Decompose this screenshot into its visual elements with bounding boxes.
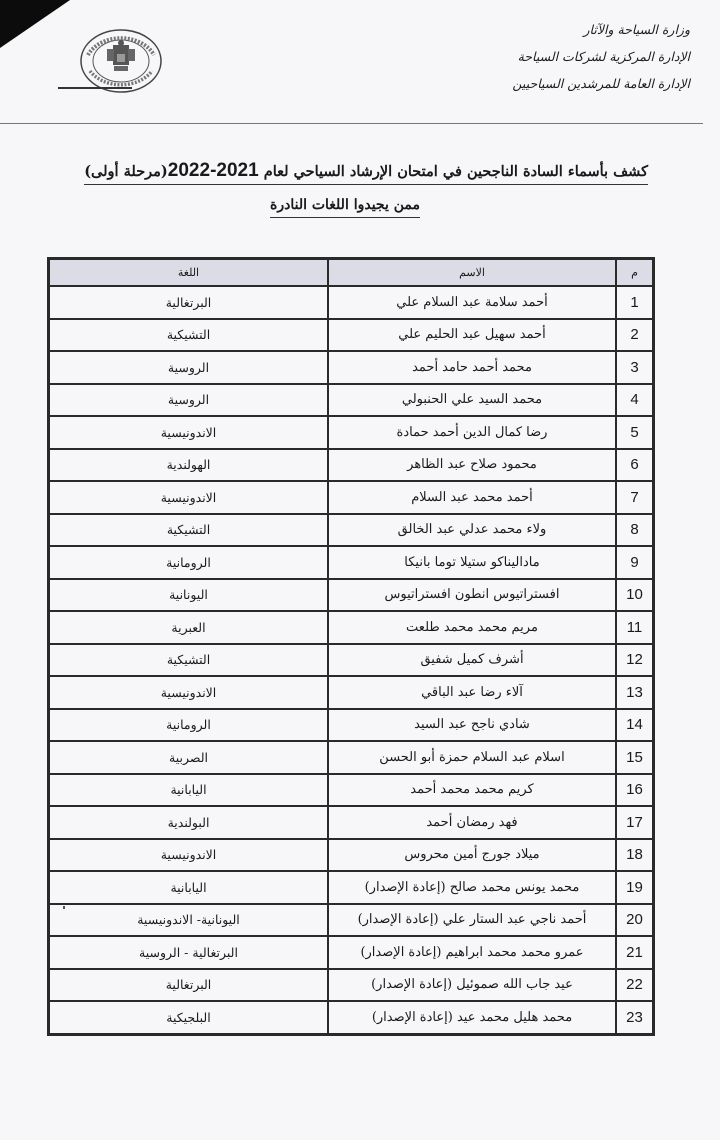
row-name: أحمد سلامة عبد السلام علي bbox=[328, 286, 616, 319]
row-language: العبرية bbox=[49, 611, 329, 644]
row-name: محمد هليل محمد عيد (إعادة الإصدار) bbox=[328, 1001, 616, 1034]
table-row: 14شادي ناجح عبد السيدالرومانية bbox=[49, 709, 654, 742]
row-name: محمد السيد علي الحنبولي bbox=[328, 384, 616, 417]
table-header-row: م الاسم اللغة bbox=[49, 259, 654, 287]
egypt-eagle-emblem-icon bbox=[78, 27, 164, 95]
table-row: 9ماداليناكو ستيلا توما بانيكاالرومانية bbox=[49, 546, 654, 579]
row-number: 5 bbox=[616, 416, 654, 449]
table-row: 20أحمد ناجي عبد الستار علي (إعادة الإصدا… bbox=[49, 904, 654, 937]
row-name: عيد جاب الله صموئيل (إعادة الإصدار) bbox=[328, 969, 616, 1002]
table-row: 3محمد أحمد حامد أحمدالروسية bbox=[49, 351, 654, 384]
row-number: 4 bbox=[616, 384, 654, 417]
row-language: الروسية bbox=[49, 384, 329, 417]
row-language: التشيكية bbox=[49, 514, 329, 547]
title-suffix: (مرحلة أولى) bbox=[84, 163, 168, 180]
row-number: 3 bbox=[616, 351, 654, 384]
table-row: 4محمد السيد علي الحنبوليالروسية bbox=[49, 384, 654, 417]
table-row: 13آلاء رضا عبد الباقيالاندونيسية bbox=[49, 676, 654, 709]
row-name: أحمد محمد عبد السلام bbox=[328, 481, 616, 514]
row-name: محمد أحمد حامد أحمد bbox=[328, 351, 616, 384]
document-title: كشف بأسماء السادة الناجحين في امتحان الإ… bbox=[84, 160, 648, 185]
row-language: الاندونيسية bbox=[49, 481, 329, 514]
row-number: 18 bbox=[616, 839, 654, 872]
row-language: الصربية bbox=[49, 741, 329, 774]
row-name: محمود صلاح عبد الظاهر bbox=[328, 449, 616, 482]
scan-speck bbox=[63, 906, 65, 909]
table-row: 19محمد يونس محمد صالح (إعادة الإصدار)الي… bbox=[49, 871, 654, 904]
row-language: البرتغالية - الروسية bbox=[49, 936, 329, 969]
row-number: 2 bbox=[616, 319, 654, 352]
table-row: 8ولاء محمد عدلي عبد الخالقالتشيكية bbox=[49, 514, 654, 547]
candidates-table: م الاسم اللغة 1أحمد سلامة عبد السلام علي… bbox=[47, 257, 655, 1036]
row-language: اليابانية bbox=[49, 871, 329, 904]
table-row: 12أشرف كميل شفيقالتشيكية bbox=[49, 644, 654, 677]
row-number: 19 bbox=[616, 871, 654, 904]
row-language: الاندونيسية bbox=[49, 416, 329, 449]
central-administration: الإدارة المركزية لشركات السياحة bbox=[430, 43, 690, 70]
row-number: 23 bbox=[616, 1001, 654, 1034]
row-name: شادي ناجح عبد السيد bbox=[328, 709, 616, 742]
header-number: م bbox=[616, 259, 654, 287]
row-language: الهولندية bbox=[49, 449, 329, 482]
table-row: 6محمود صلاح عبد الظاهرالهولندية bbox=[49, 449, 654, 482]
row-language: الرومانية bbox=[49, 709, 329, 742]
row-name: أحمد ناجي عبد الستار علي (إعادة الإصدار) bbox=[328, 904, 616, 937]
table-row: 11مريم محمد محمد طلعتالعبرية bbox=[49, 611, 654, 644]
row-number: 9 bbox=[616, 546, 654, 579]
header-divider bbox=[0, 123, 703, 124]
row-number: 11 bbox=[616, 611, 654, 644]
header-name: الاسم bbox=[328, 259, 616, 287]
row-name: افستراتيوس انطون افستراتيوس bbox=[328, 579, 616, 612]
row-language: البرتغالية bbox=[49, 286, 329, 319]
header-language: اللغة bbox=[49, 259, 329, 287]
table-row: 2أحمد سهيل عبد الحليم عليالتشيكية bbox=[49, 319, 654, 352]
row-name: رضا كمال الدين أحمد حمادة bbox=[328, 416, 616, 449]
row-language: البرتغالية bbox=[49, 969, 329, 1002]
row-language: اليونانية bbox=[49, 579, 329, 612]
row-name: ولاء محمد عدلي عبد الخالق bbox=[328, 514, 616, 547]
title-year: 2021-2022 bbox=[168, 160, 259, 181]
table-row: 1أحمد سلامة عبد السلام عليالبرتغالية bbox=[49, 286, 654, 319]
table-row: 5رضا كمال الدين أحمد حمادةالاندونيسية bbox=[49, 416, 654, 449]
row-language: اليابانية bbox=[49, 774, 329, 807]
row-language: الاندونيسية bbox=[49, 676, 329, 709]
row-language: الرومانية bbox=[49, 546, 329, 579]
row-number: 22 bbox=[616, 969, 654, 1002]
row-number: 6 bbox=[616, 449, 654, 482]
table-row: 10افستراتيوس انطون افستراتيوساليونانية bbox=[49, 579, 654, 612]
table-row: 7أحمد محمد عبد السلامالاندونيسية bbox=[49, 481, 654, 514]
document-subtitle: ممن يجيدوا اللغات النادرة bbox=[270, 195, 420, 218]
row-number: 20 bbox=[616, 904, 654, 937]
row-language: التشيكية bbox=[49, 644, 329, 677]
row-number: 15 bbox=[616, 741, 654, 774]
table-row: 23محمد هليل محمد عيد (إعادة الإصدار)البل… bbox=[49, 1001, 654, 1034]
row-language: البلجيكية bbox=[49, 1001, 329, 1034]
row-number: 16 bbox=[616, 774, 654, 807]
row-number: 13 bbox=[616, 676, 654, 709]
row-name: كريم محمد محمد أحمد bbox=[328, 774, 616, 807]
table-row: 21عمرو محمد محمد ابراهيم (إعادة الإصدار)… bbox=[49, 936, 654, 969]
row-name: ماداليناكو ستيلا توما بانيكا bbox=[328, 546, 616, 579]
table-row: 17فهد رمضان أحمدالبولندية bbox=[49, 806, 654, 839]
table-row: 22عيد جاب الله صموئيل (إعادة الإصدار)الب… bbox=[49, 969, 654, 1002]
general-administration: الإدارة العامة للمرشدين السياحيين bbox=[430, 70, 690, 97]
row-name: أحمد سهيل عبد الحليم علي bbox=[328, 319, 616, 352]
letterhead: وزارة السياحة والآثار الإدارة المركزية ل… bbox=[430, 16, 690, 97]
row-language: التشيكية bbox=[49, 319, 329, 352]
row-number: 10 bbox=[616, 579, 654, 612]
row-name: مريم محمد محمد طلعت bbox=[328, 611, 616, 644]
row-name: عمرو محمد محمد ابراهيم (إعادة الإصدار) bbox=[328, 936, 616, 969]
table-row: 18ميلاد جورج أمين محروسالاندونيسية bbox=[49, 839, 654, 872]
row-number: 12 bbox=[616, 644, 654, 677]
row-language: اليونانية- الاندونيسية bbox=[49, 904, 329, 937]
row-language: الروسية bbox=[49, 351, 329, 384]
row-number: 17 bbox=[616, 806, 654, 839]
logo-underline bbox=[58, 87, 132, 89]
row-number: 14 bbox=[616, 709, 654, 742]
row-name: اسلام عبد السلام حمزة أبو الحسن bbox=[328, 741, 616, 774]
title-prefix: كشف بأسماء السادة الناجحين في امتحان الإ… bbox=[259, 163, 648, 180]
row-name: فهد رمضان أحمد bbox=[328, 806, 616, 839]
ministry-logo bbox=[78, 27, 164, 95]
row-language: البولندية bbox=[49, 806, 329, 839]
ministry-name: وزارة السياحة والآثار bbox=[430, 16, 690, 43]
row-name: أشرف كميل شفيق bbox=[328, 644, 616, 677]
row-number: 1 bbox=[616, 286, 654, 319]
row-language: الاندونيسية bbox=[49, 839, 329, 872]
row-name: ميلاد جورج أمين محروس bbox=[328, 839, 616, 872]
row-number: 7 bbox=[616, 481, 654, 514]
row-number: 8 bbox=[616, 514, 654, 547]
row-name: آلاء رضا عبد الباقي bbox=[328, 676, 616, 709]
row-name: محمد يونس محمد صالح (إعادة الإصدار) bbox=[328, 871, 616, 904]
table-row: 15اسلام عبد السلام حمزة أبو الحسنالصربية bbox=[49, 741, 654, 774]
table-row: 16كريم محمد محمد أحمداليابانية bbox=[49, 774, 654, 807]
row-number: 21 bbox=[616, 936, 654, 969]
scan-corner-shadow bbox=[0, 0, 70, 48]
